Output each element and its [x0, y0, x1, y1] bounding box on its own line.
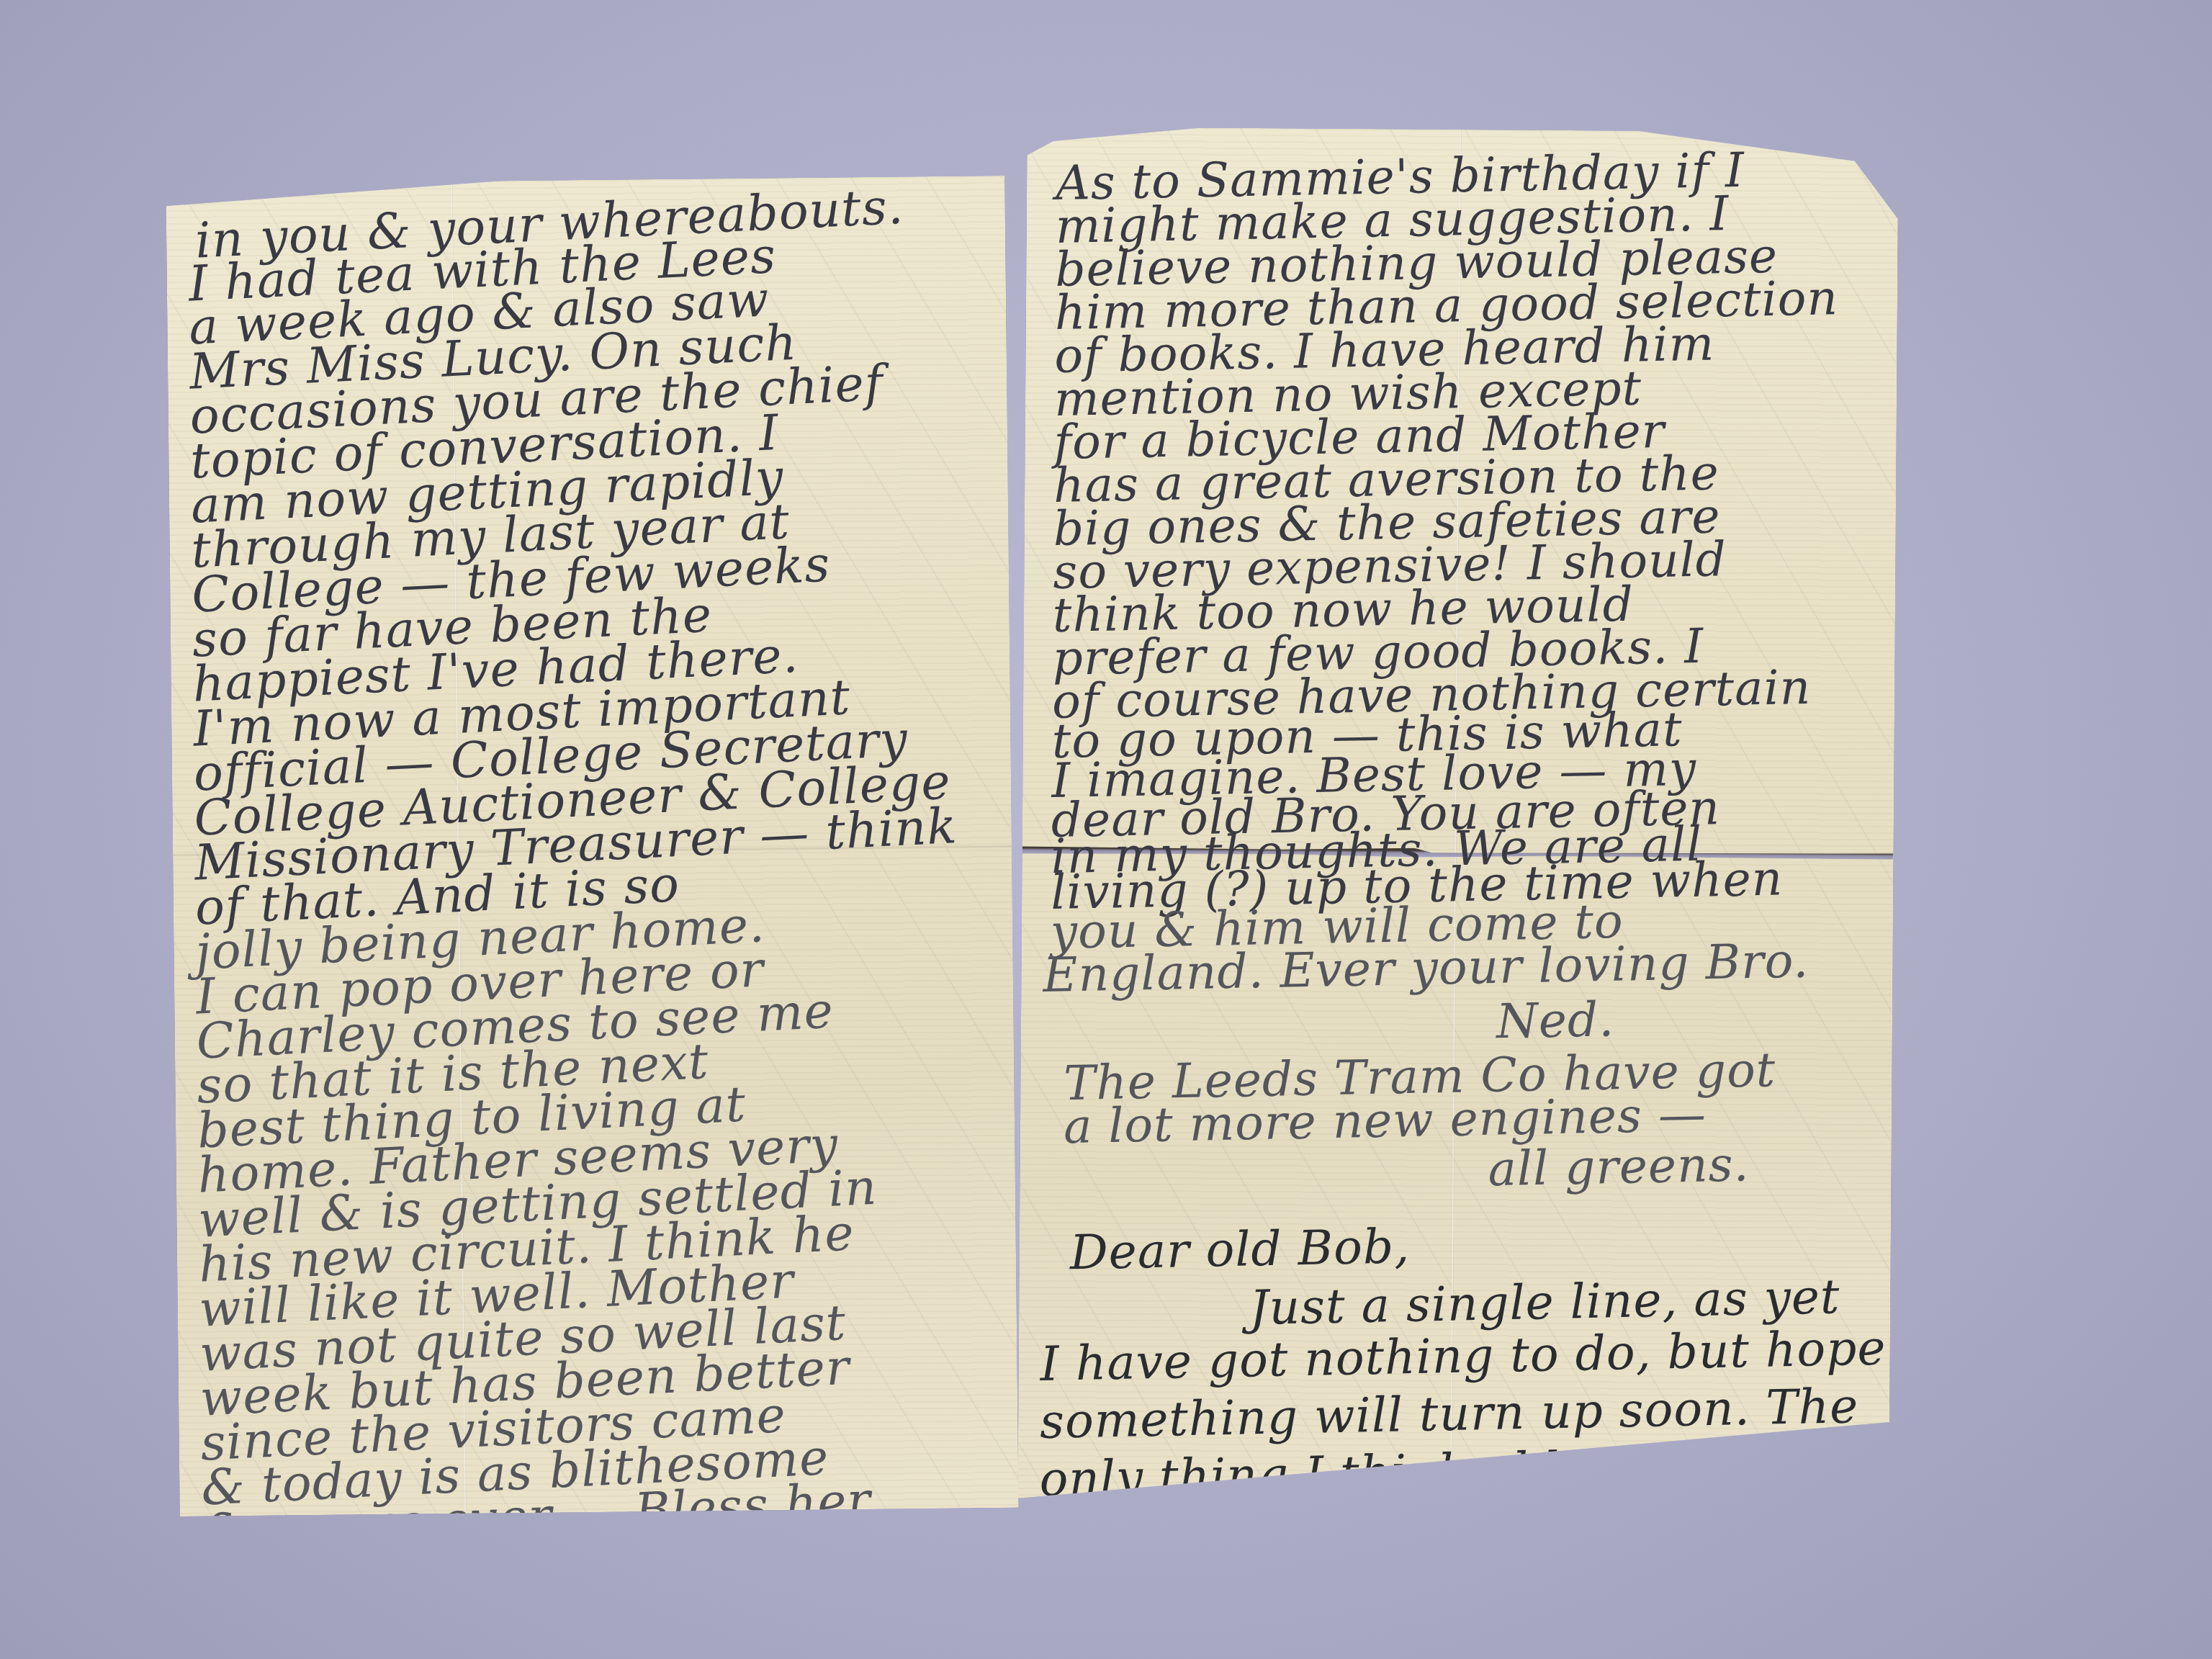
right-page-text: As to Sammie's birthday if I might make …: [1017, 127, 1898, 1504]
postscript-line: all greens.: [1488, 1136, 1750, 1197]
letter-page-right: As to Sammie's birthday if I might make …: [1017, 127, 1898, 1504]
note-line: has wished for is a tricycle, but: [1038, 1483, 1819, 1554]
letter-page-left: in you & your whereabouts. I had tea wit…: [166, 176, 1018, 1516]
left-page-text: in you & your whereabouts. I had tea wit…: [166, 176, 1018, 1516]
salutation: Dear old Bob,: [1069, 1218, 1411, 1280]
note-line: only thing I think old Sammy: [1039, 1438, 1758, 1507]
signature: Ned.: [1496, 992, 1614, 1049]
